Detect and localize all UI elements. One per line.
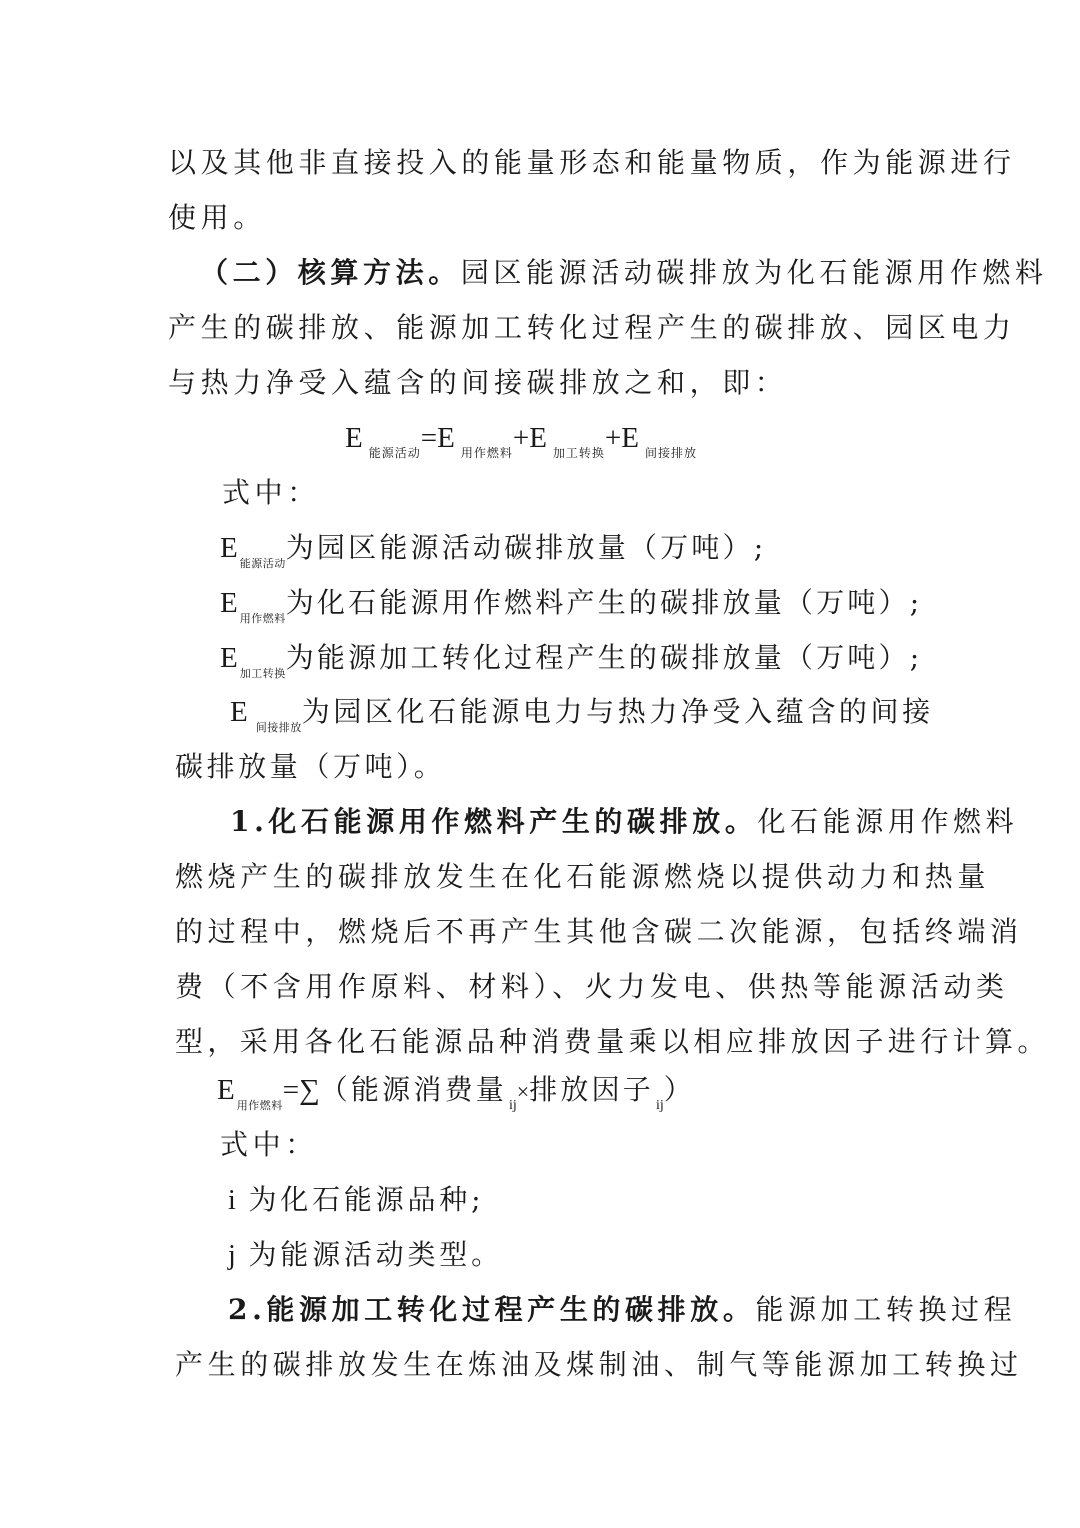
formula-subscript: 用作燃料 [461, 446, 513, 460]
formula-symbol: E [220, 587, 238, 619]
definition-line: E能源活动为园区能源活动碳排放量（万吨）; [220, 528, 766, 584]
item-heading-line: 1.化石能源用作燃料产生的碳排放。化石能源用作燃料 [230, 802, 1018, 842]
formula-term: 排放因子 [529, 1073, 654, 1106]
formula-symbol: E [230, 696, 248, 728]
formula-operator: + [605, 422, 621, 454]
definition-line: E加工转换为能源加工转化过程产生的碳排放量（万吨）; [220, 638, 922, 694]
definition-text: 为园区化石能源电力与热力净受入蕴含的间接 [302, 695, 934, 728]
definition-text: 为化石能源用作燃料产生的碳排放量（万吨）; [286, 586, 923, 619]
formula-subscript: 用作燃料 [237, 1099, 283, 1112]
paragraph-line: 费（不含用作原料、材料）、火力发电、供热等能源活动类 [175, 967, 1009, 1007]
paragraph-line: 燃烧产生的碳排放发生在化石能源燃烧以提供动力和热量 [175, 857, 990, 897]
definition-continuation: 碳排放量（万吨）。 [175, 747, 445, 787]
formula-fuel: E用作燃料=∑（能源消费量ij×排放因子ij） [217, 1070, 695, 1126]
formula-subscript: 加工转换 [240, 667, 286, 680]
item-heading: 1.化石能源用作燃料产生的碳排放。 [230, 805, 757, 838]
section-heading: （二）核算方法。 [200, 256, 461, 289]
section-heading-line: （二）核算方法。园区能源活动碳排放为化石能源用作燃料 [200, 253, 1048, 293]
paragraph-line: 的过程中，燃烧后不再产生其他含碳二次能源，包括终端消 [175, 912, 1023, 952]
formula-operator: × [517, 1079, 529, 1104]
variable-symbol: i [228, 1185, 236, 1216]
definition-text: 为园区能源活动碳排放量（万吨）; [286, 531, 767, 564]
formula-subscript: 间接排放 [256, 721, 302, 734]
formula-term: 能源消费量 [351, 1073, 507, 1106]
paragraph-text: 能源加工转换过程 [755, 1293, 1016, 1326]
item-heading: 2.能源加工转化过程产生的碳排放。 [228, 1293, 755, 1326]
paragraph-line: 产生的碳排放发生在炼油及煤制油、制气等能源加工转换过 [175, 1345, 1023, 1385]
where-label: 式中： [220, 1125, 318, 1165]
formula-symbol: E [345, 422, 363, 454]
formula-index: ij [656, 1098, 664, 1113]
formula-operator: = [283, 1074, 299, 1106]
definition-text: 为能源加工转化过程产生的碳排放量（万吨）; [286, 641, 923, 674]
formula-operator: = [421, 422, 437, 454]
paren-close: ） [664, 1073, 695, 1106]
formula-subscript: 能源活动 [369, 446, 421, 460]
formula-symbol: E [220, 532, 238, 564]
paragraph-line: 以及其他非直接投入的能量形态和能量物质，作为能源进行 [168, 143, 1016, 183]
formula-symbol: E [621, 422, 639, 454]
paragraph-line: 与热力净受入蕴含的间接碳排放之和，即： [168, 363, 787, 403]
where-label: 式中： [222, 473, 320, 513]
definition-text: 为化石能源品种; [248, 1183, 484, 1216]
formula-subscript: 间接排放 [645, 446, 697, 460]
paren-open: （ [320, 1073, 351, 1106]
formula-subscript: 能源活动 [240, 557, 286, 570]
paragraph-line: 型，采用各化石能源品种消费量乘以相应排放因子进行计算。 [175, 1022, 1050, 1062]
sigma-symbol: ∑ [299, 1074, 320, 1106]
item-heading-line: 2.能源加工转化过程产生的碳排放。能源加工转换过程 [228, 1290, 1016, 1330]
variable-symbol: j [228, 1240, 236, 1271]
variable-definition: j 为能源活动类型。 [228, 1235, 503, 1276]
paragraph-text: 园区能源活动碳排放为化石能源用作燃料 [461, 256, 1048, 289]
definition-text: 为能源活动类型。 [248, 1238, 502, 1271]
formula-symbol: E [529, 422, 547, 454]
definition-line: E间接排放为园区化石能源电力与热力净受入蕴含的间接 [230, 692, 934, 748]
formula-subscript: 加工转换 [553, 446, 605, 460]
formula-main: E能源活动=E用作燃料+E加工转换+E间接排放 [345, 418, 697, 473]
formula-index: ij [509, 1098, 517, 1113]
paragraph-text: 化石能源用作燃料 [757, 805, 1018, 838]
formula-symbol: E [220, 642, 238, 674]
formula-subscript: 用作燃料 [240, 612, 286, 625]
definition-line: E用作燃料为化石能源用作燃料产生的碳排放量（万吨）; [220, 583, 922, 639]
formula-operator: + [513, 422, 529, 454]
paragraph-line: 使用。 [168, 198, 266, 238]
variable-definition: i 为化石能源品种; [228, 1180, 484, 1221]
formula-symbol: E [437, 422, 455, 454]
formula-symbol: E [217, 1074, 235, 1106]
paragraph-line: 产生的碳排放、能源加工转化过程产生的碳排放、园区电力 [168, 308, 1016, 348]
